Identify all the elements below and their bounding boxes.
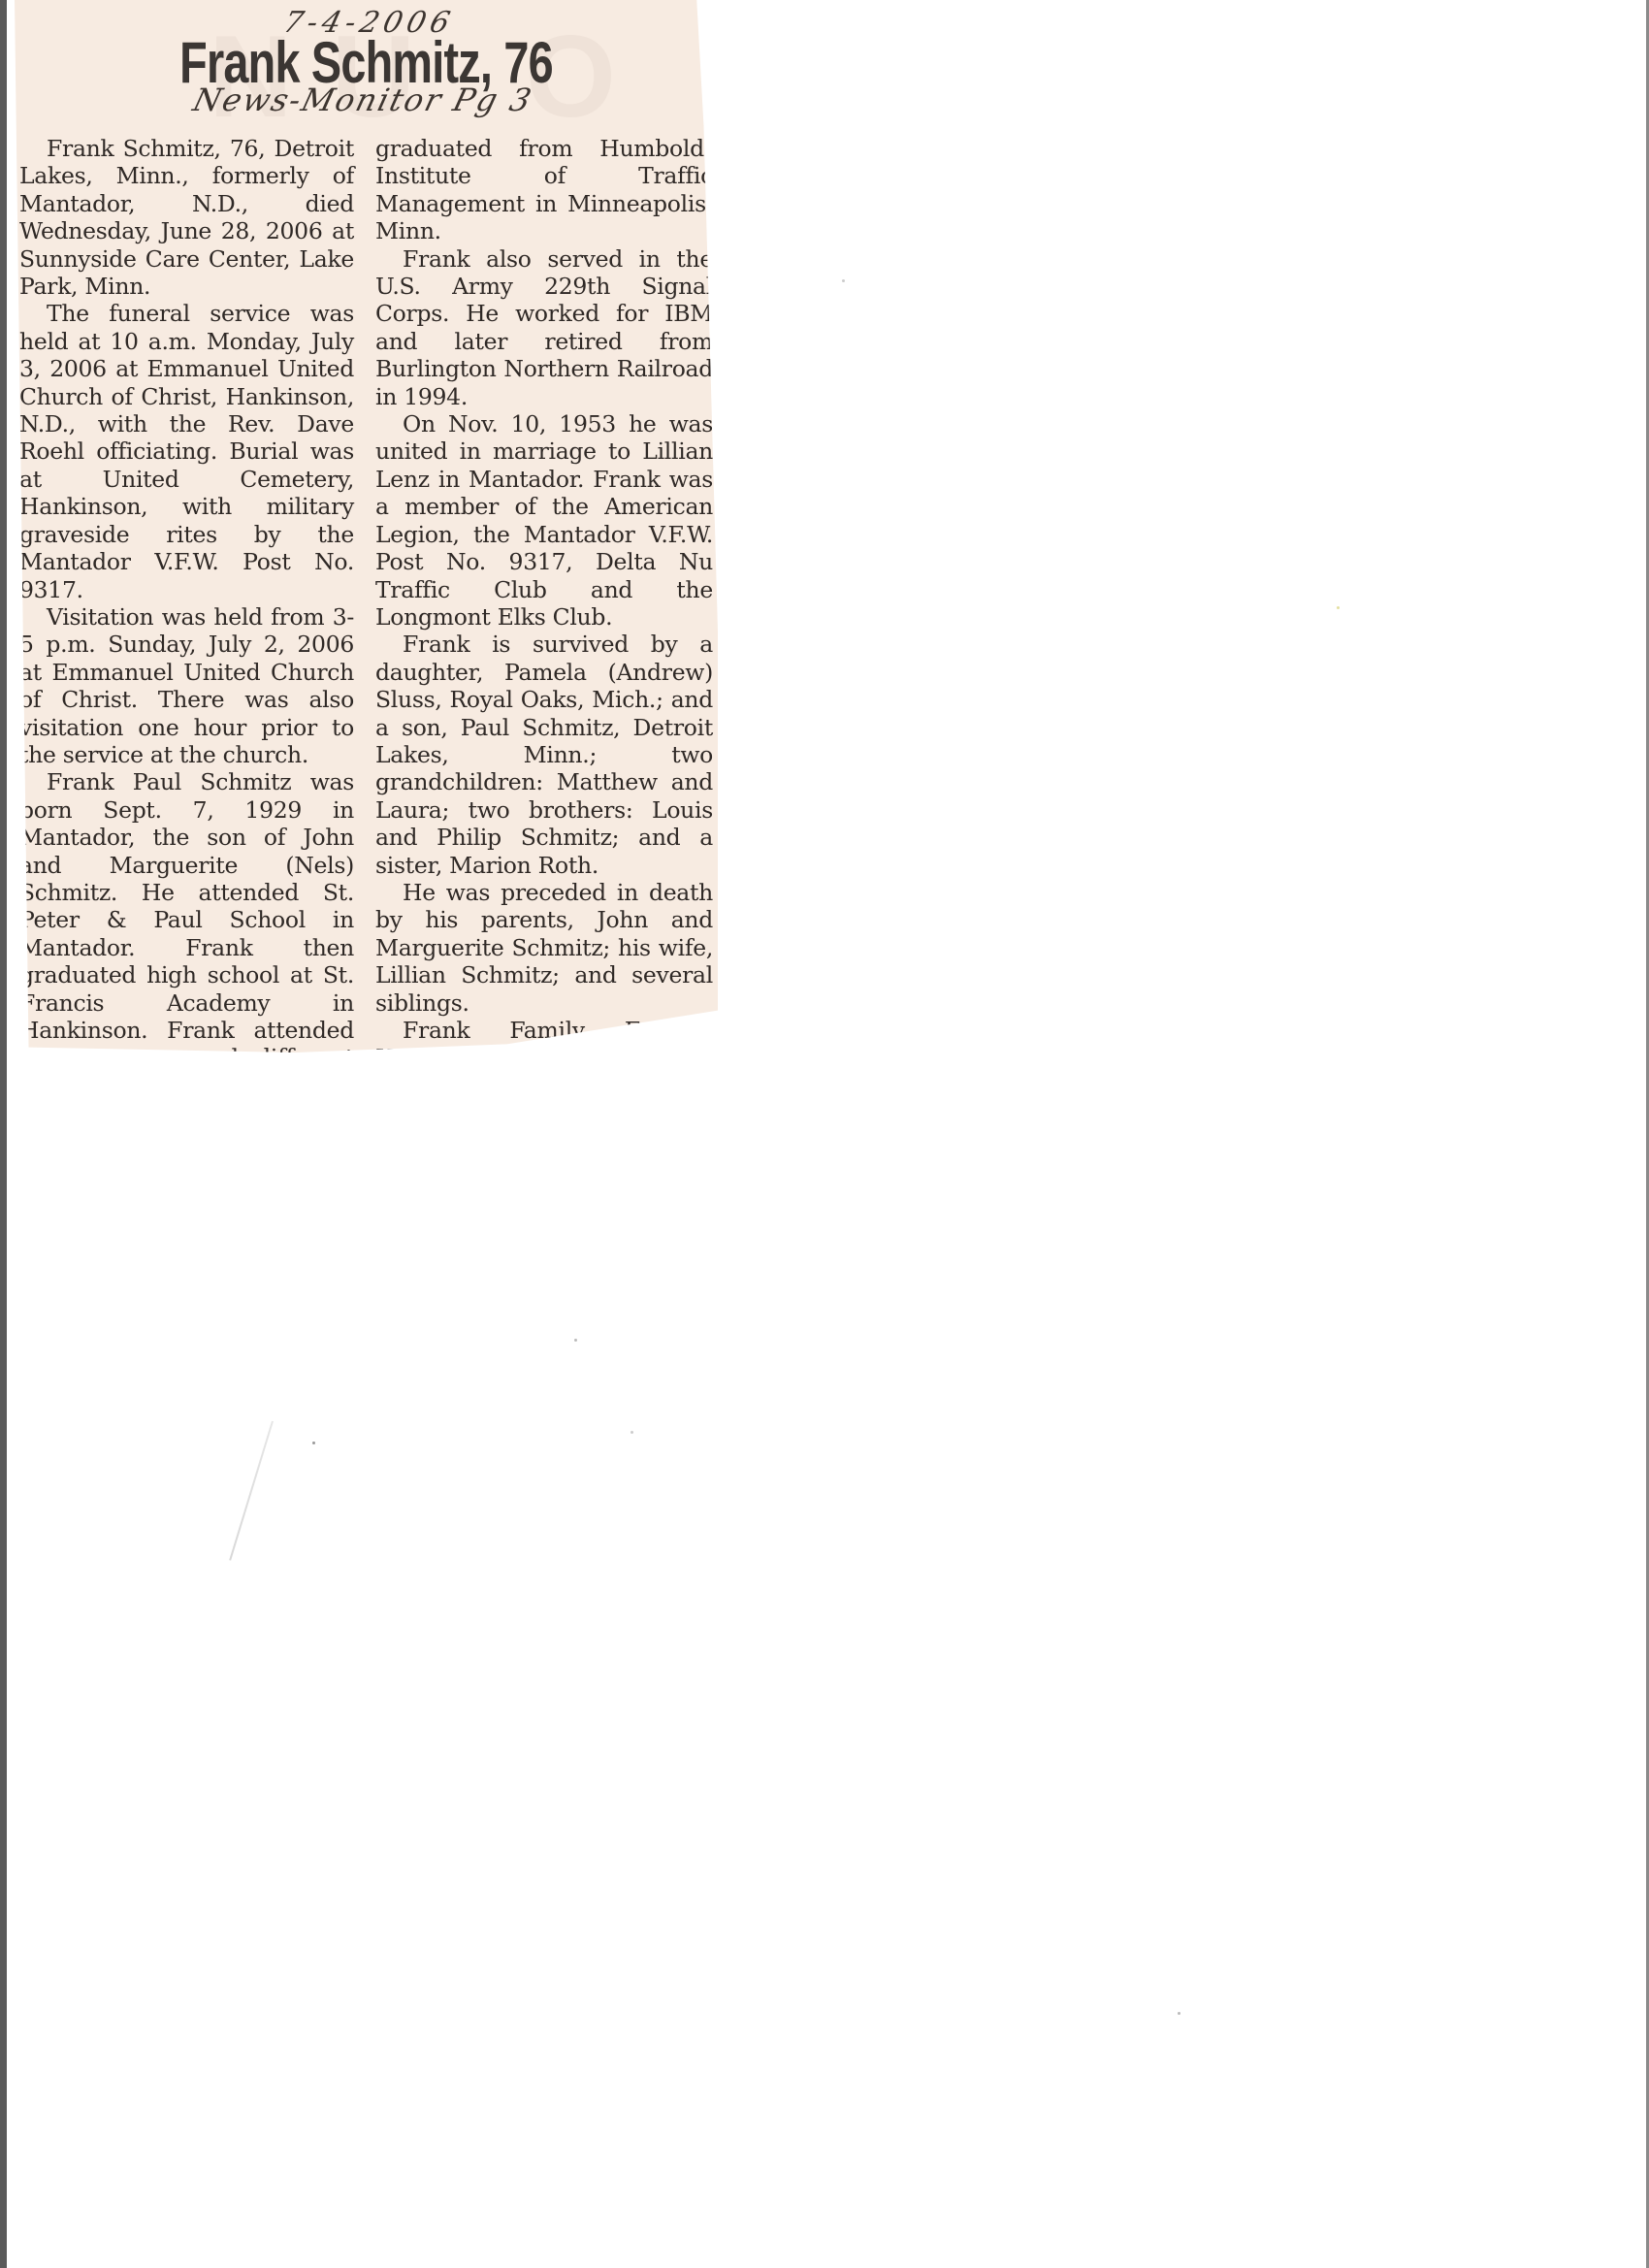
paragraph: He was preceded in death by his parents,… [375,879,713,1017]
handwritten-source-note: News-Monitor Pg 3 [189,81,536,118]
paragraph: The funeral service was held at 10 a.m. … [19,300,354,602]
text-column-2: graduated from Humboldt Institute of Tra… [375,135,713,1099]
scan-scratch-mark [229,1421,274,1561]
newspaper-clipping: NU O 7-4-2006 Frank Schmitz, 76 News-Mon… [15,0,718,1053]
paragraph: Frank is survived by a daughter, Pamela … [375,631,713,879]
paragraph: Frank Paul Schmitz was born Sept. 7, 192… [19,768,354,1182]
paragraph: Frank also served in the U.S. Army 229th… [375,245,713,410]
paragraph: Frank Schmitz, 76, Detroit Lakes, Minn.,… [19,135,354,300]
paragraph: Visitation was held from 3-5 p.m. Sunday… [19,603,354,768]
scan-speck [1337,606,1340,609]
scanner-edge-left [0,0,7,2268]
scan-speck [312,1442,315,1444]
scan-speck [630,1431,633,1434]
text-column-1: Frank Schmitz, 76, Detroit Lakes, Minn.,… [19,135,354,1182]
scan-speck [574,1339,577,1342]
scan-speck [1178,2012,1180,2015]
paragraph: On Nov. 10, 1953 he was united in marria… [375,410,713,631]
scan-speck [842,279,845,282]
paragraph: Frank Family Funeral Home in Hankinson w… [375,1017,713,1099]
paragraph-continued: graduated from Humboldt Institute of Tra… [375,135,713,245]
